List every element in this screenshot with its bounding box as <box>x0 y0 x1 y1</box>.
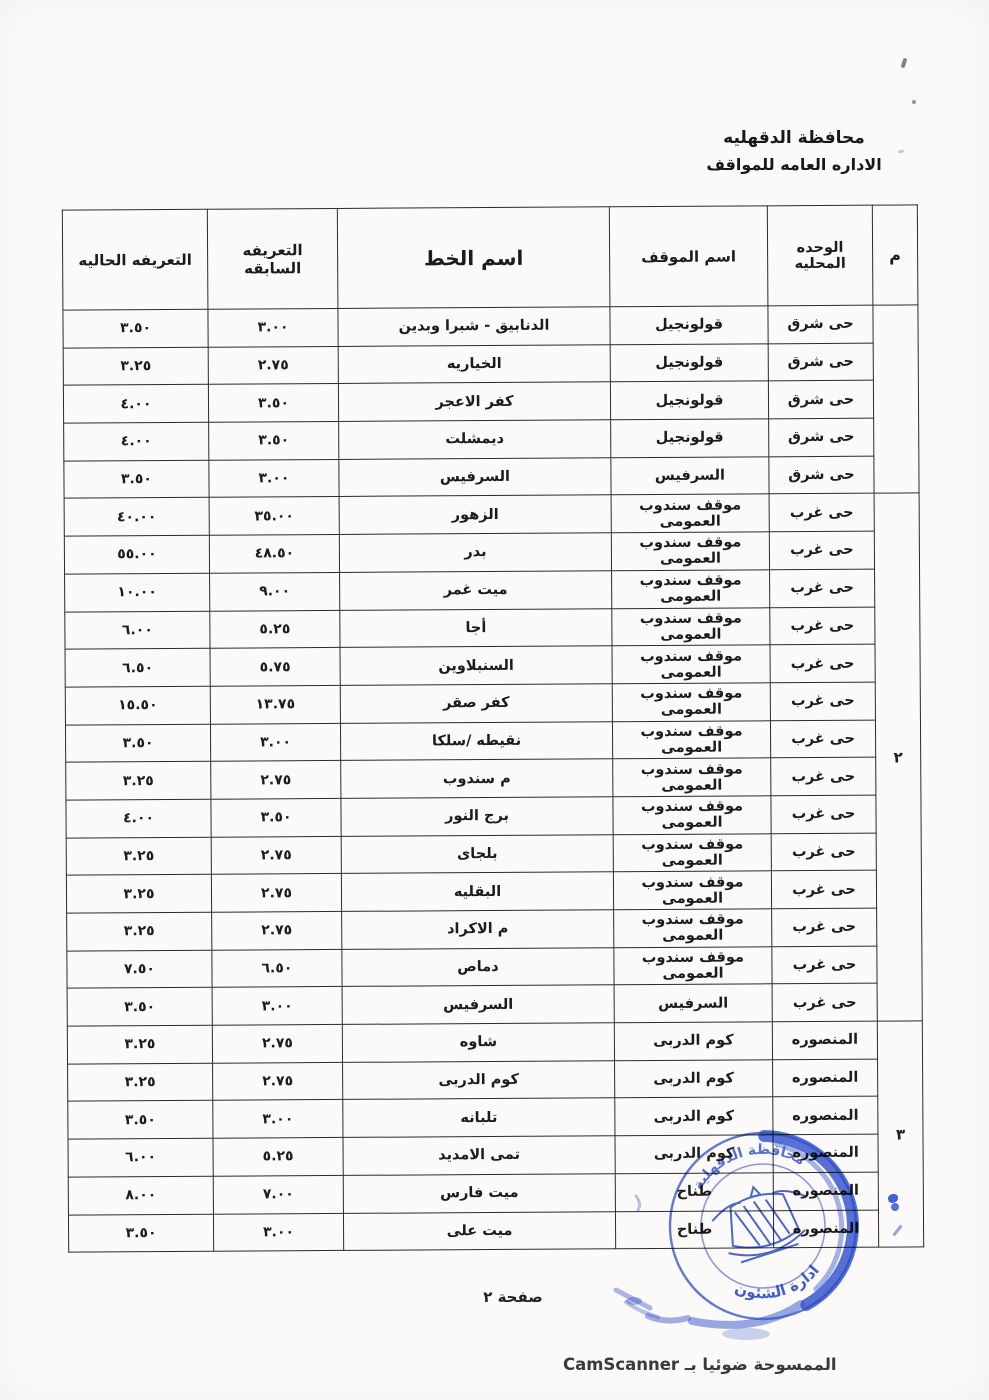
header-current-tariff: التعريفه الحاليه <box>62 209 208 310</box>
cell-line: برج النور <box>341 797 613 836</box>
page-number: صفحة ٢ <box>413 1288 613 1306</box>
cell-line: بدر <box>339 533 611 572</box>
cell-station: كوم الدربى <box>614 1022 772 1061</box>
cell-previous: ٧.٠٠ <box>213 1175 343 1213</box>
cell-previous: ٤٨.٥٠ <box>209 535 339 573</box>
cell-current: ٤.٠٠ <box>64 422 209 461</box>
section-index-cell <box>873 305 919 494</box>
cell-current: ٣.٥٠ <box>67 988 212 1027</box>
cell-line: الخياريه <box>338 344 610 383</box>
table-row: حى غربموقف سندوب العمومىبلجاى٢.٧٥٣.٢٥ <box>66 833 921 876</box>
cell-previous: ٢.٧٥ <box>211 836 341 874</box>
cell-local-unit: المنصوره <box>773 1134 878 1172</box>
cell-previous: ٣.٠٠ <box>208 308 338 346</box>
cell-local-unit: حى غرب <box>771 870 876 908</box>
cell-station: موقف سندوب العمومى <box>613 796 771 835</box>
cell-current: ٣.٥٠ <box>68 1101 213 1140</box>
camscanner-credit: الممسوحة ضوئيا بـ CamScanner <box>563 1355 983 1374</box>
cell-current: ٤٠.٠٠ <box>64 498 209 537</box>
header-local-unit: الوحده المحليه <box>767 205 873 306</box>
cell-previous: ٣.٠٠ <box>212 987 342 1025</box>
section-index-cell: ٢ <box>874 493 922 1021</box>
cell-station: موقف سندوب العمومى <box>611 494 769 533</box>
table-row: حى غربموقف سندوب العمومىم الاكراد٢.٧٥٣.٢… <box>67 908 922 951</box>
cell-line: تلبانه <box>343 1098 615 1137</box>
cell-line: م الاكراد <box>342 910 614 949</box>
governorate-title: محافظة الدقهليه <box>644 128 944 148</box>
cell-local-unit: حى غرب <box>772 946 877 984</box>
header-station-name: اسم الموقف <box>609 206 768 307</box>
table-row: حى غربموقف سندوب العمومىالسنبلاوين٥.٧٥٦.… <box>65 644 920 687</box>
cell-current: ٣.٢٥ <box>66 837 211 876</box>
cell-station: طناح <box>615 1210 773 1249</box>
table-row: حى شرققولونجيلكفر الاعجر٣.٥٠٤.٠٠ <box>63 380 918 423</box>
cell-station: موقف سندوب العمومى <box>611 532 769 571</box>
cell-line: كفر الاعجر <box>338 382 610 421</box>
table-row: حى غربموقف سندوب العمومىنقيطه /سلكا٣.٠٠٣… <box>65 719 920 762</box>
cell-previous: ٣.٠٠ <box>210 723 340 761</box>
cell-local-unit: حى غرب <box>769 494 874 532</box>
cell-local-unit: حى غرب <box>770 720 875 758</box>
cell-previous: ٣.٥٠ <box>209 421 339 459</box>
cell-current: ٣.٥٠ <box>63 309 208 348</box>
cell-line: دماص <box>342 947 614 986</box>
cell-current: ٤.٠٠ <box>66 799 211 838</box>
cell-previous: ٢.٧٥ <box>211 761 341 799</box>
cell-station: موقف سندوب العمومى <box>613 871 771 910</box>
cell-station: قولونجيل <box>610 306 768 345</box>
cell-station: موقف سندوب العمومى <box>613 758 771 797</box>
scanned-document-page: محافظة الدقهليه الاداره العامه للمواقف م… <box>0 0 989 1400</box>
cell-previous: ٣.٠٠ <box>213 1213 343 1251</box>
section-index-cell: ٣ <box>877 1021 923 1247</box>
cell-line: نقيطه /سلكا <box>340 721 612 760</box>
cell-line: بلجاى <box>341 834 613 873</box>
cell-previous: ٦.٥٠ <box>212 949 342 987</box>
cell-local-unit: حى شرق <box>768 343 873 381</box>
cell-previous: ٢.٧٥ <box>212 1024 342 1062</box>
table-row: حى غربموقف سندوب العمومىبدر٤٨.٥٠٥٥.٠٠ <box>64 531 919 574</box>
cell-current: ٨.٠٠ <box>68 1176 213 1215</box>
cell-line: كفر صقر <box>340 684 612 723</box>
cell-station: كوم الدربى <box>615 1097 773 1136</box>
tariff-table-header: م الوحده المحليه اسم الموقف اسم الخط الت… <box>62 205 918 310</box>
cell-current: ٥٥.٠٠ <box>64 535 209 574</box>
cell-current: ٣.٢٥ <box>67 1025 212 1064</box>
cell-local-unit: حى غرب <box>770 607 875 645</box>
table-row: حى غربموقف سندوب العمومىأجا٥.٢٥٦.٠٠ <box>65 606 920 649</box>
cell-local-unit: حى غرب <box>771 795 876 833</box>
cell-previous: ٣٥.٠٠ <box>209 497 339 535</box>
cell-previous: ٢.٧٥ <box>208 346 338 384</box>
cell-local-unit: المنصوره <box>773 1210 878 1248</box>
table-row: المنصورهكوم الدربىكوم الدربى٢.٧٥٣.٢٥ <box>68 1059 923 1102</box>
table-row: حى غربموقف سندوب العمومىبرج النور٣.٥٠٤.٠… <box>66 795 921 838</box>
cell-station: موقف سندوب العمومى <box>612 683 770 722</box>
cell-previous: ٥.٢٥ <box>213 1138 343 1176</box>
cell-previous: ٢.٧٥ <box>211 874 341 912</box>
cell-station: موقف سندوب العمومى <box>612 570 770 609</box>
cell-local-unit: حى غرب <box>771 757 876 795</box>
cell-line: ميت غمر <box>340 571 612 610</box>
table-row: حى شرقالسرفيسالسرفيس٣.٠٠٣.٥٠ <box>64 456 919 499</box>
cell-station: طناح <box>615 1173 773 1212</box>
cell-local-unit: حى شرق <box>768 381 873 419</box>
cell-current: ٧.٥٠ <box>67 950 212 989</box>
cell-line: ديمشلت <box>339 420 611 459</box>
cell-current: ٦.٠٠ <box>65 611 210 650</box>
table-row: حى غربموقف سندوب العمومىدماص٦.٥٠٧.٥٠ <box>67 946 922 989</box>
cell-line: السرفيس <box>339 458 611 497</box>
cell-station: كوم الدربى <box>615 1135 773 1174</box>
cell-local-unit: حى غرب <box>772 984 877 1022</box>
table-row: حى غربموقف سندوب العمومىكفر صقر١٣.٧٥١٥.٥… <box>65 682 920 725</box>
cell-current: ٦.٠٠ <box>68 1138 213 1177</box>
table-row: حى شرققولونجيلالخياريه٢.٧٥٣.٢٥ <box>63 343 918 386</box>
cell-local-unit: حى غرب <box>772 908 877 946</box>
cell-line: ميت على <box>343 1211 615 1250</box>
cell-line: ميت فارس <box>343 1174 615 1213</box>
cell-local-unit: حى غرب <box>771 833 876 871</box>
cell-station: موقف سندوب العمومى <box>614 946 772 985</box>
cell-current: ٣.٥٠ <box>64 460 209 499</box>
cell-station: قولونجيل <box>610 381 768 420</box>
ink-mark <box>891 1203 899 1211</box>
cell-current: ٣.٢٥ <box>68 1063 213 1102</box>
header-index: م <box>872 205 918 305</box>
scan-artifact-speck <box>912 100 916 104</box>
cell-station: السرفيس <box>611 457 769 496</box>
cell-previous: ٣.٥٠ <box>211 798 341 836</box>
cell-previous: ٥.٢٥ <box>210 610 340 648</box>
cell-line: أجا <box>340 608 612 647</box>
cell-line: الدنابيق - شبرا وبدين <box>338 307 610 346</box>
cell-station: قولونجيل <box>611 419 769 458</box>
cell-station: موقف سندوب العمومى <box>612 720 770 759</box>
cell-previous: ٣.٠٠ <box>213 1100 343 1138</box>
table-row: حى غربموقف سندوب العمومىم سندوب٢.٧٥٣.٢٥ <box>66 757 921 800</box>
table-row: ٢حى غربموقف سندوب العمومىالزهور٣٥.٠٠٤٠.٠… <box>64 493 919 536</box>
tariff-table: م الوحده المحليه اسم الموقف اسم الخط الت… <box>62 204 924 1252</box>
cell-station: موقف سندوب العمومى <box>612 645 770 684</box>
cell-local-unit: المنصوره <box>772 1021 877 1059</box>
cell-line: كوم الدربى <box>343 1061 615 1100</box>
cell-current: ٣.٥٠ <box>65 724 210 763</box>
cell-current: ١٥.٥٠ <box>65 686 210 725</box>
table-row: المنصورهطناحميت على٣.٠٠٣.٥٠ <box>68 1209 923 1252</box>
cell-current: ١٠.٠٠ <box>65 573 210 612</box>
cell-local-unit: حى شرق <box>769 456 874 494</box>
table-row: حى شرققولونجيلالدنابيق - شبرا وبدين٣.٠٠٣… <box>63 305 918 348</box>
cell-previous: ٣.٥٠ <box>208 384 338 422</box>
cell-line: م سندوب <box>341 759 613 798</box>
cell-line: الزهور <box>339 495 611 534</box>
cell-line: تمى الامديد <box>343 1136 615 1175</box>
cell-local-unit: حى شرق <box>768 305 873 343</box>
cell-local-unit: المنصوره <box>773 1097 878 1135</box>
tariff-table-body: حى شرققولونجيلالدنابيق - شبرا وبدين٣.٠٠٣… <box>63 305 924 1252</box>
cell-previous: ٩.٠٠ <box>210 572 340 610</box>
cell-station: موقف سندوب العمومى <box>612 607 770 646</box>
administration-subtitle: الاداره العامه للمواقف <box>644 155 944 174</box>
scan-artifact-speck <box>901 58 908 69</box>
cell-line: السرفيس <box>342 985 614 1024</box>
cell-previous: ١٣.٧٥ <box>210 685 340 723</box>
header-line-name: اسم الخط <box>337 207 610 309</box>
cell-current: ٣.٢٥ <box>66 875 211 914</box>
cell-previous: ٢.٧٥ <box>213 1062 343 1100</box>
stamp-bottom-text: ادارة الشئون <box>729 1259 827 1312</box>
cell-local-unit: المنصوره <box>773 1059 878 1097</box>
cell-station: السرفيس <box>614 984 772 1023</box>
table-row: المنصورهكوم الدربىتلبانه٣.٠٠٣.٥٠ <box>68 1096 923 1139</box>
tariff-table-container: م الوحده المحليه اسم الموقف اسم الخط الت… <box>62 204 924 1252</box>
cell-local-unit: حى غرب <box>770 682 875 720</box>
cell-local-unit: حى غرب <box>770 644 875 682</box>
cell-line: السنبلاوين <box>340 646 612 685</box>
cell-station: قولونجيل <box>610 343 768 382</box>
cell-current: ٣.٢٥ <box>67 912 212 951</box>
table-row: ٣المنصورهكوم الدربىشاوه٢.٧٥٣.٢٥ <box>67 1021 922 1064</box>
cell-local-unit: حى غرب <box>770 569 875 607</box>
table-row: حى شرققولونجيلديمشلت٣.٥٠٤.٠٠ <box>64 418 919 461</box>
cell-previous: ٥.٧٥ <box>210 648 340 686</box>
cell-current: ٣.٥٠ <box>68 1214 213 1253</box>
cell-station: كوم الدربى <box>615 1060 773 1099</box>
cell-station: موقف سندوب العمومى <box>613 833 771 872</box>
cell-local-unit: المنصوره <box>773 1172 878 1210</box>
table-row: المنصورهكوم الدربىتمى الامديد٥.٢٥٦.٠٠ <box>68 1134 923 1177</box>
cell-local-unit: حى شرق <box>769 418 874 456</box>
header-previous-tariff: التعريفه السابقه <box>207 208 338 309</box>
cell-previous: ٢.٧٥ <box>212 911 342 949</box>
table-row: حى غربموقف سندوب العمومىالبقليه٢.٧٥٣.٢٥ <box>66 870 921 913</box>
header-row: م الوحده المحليه اسم الموقف اسم الخط الت… <box>62 205 918 310</box>
cell-local-unit: حى غرب <box>769 531 874 569</box>
cell-line: البقليه <box>341 872 613 911</box>
cell-current: ٤.٠٠ <box>63 385 208 424</box>
cell-current: ٣.٢٥ <box>66 761 211 800</box>
cell-station: موقف سندوب العمومى <box>614 909 772 948</box>
cell-current: ٦.٥٠ <box>65 648 210 687</box>
table-row: حى غربالسرفيسالسرفيس٣.٠٠٣.٥٠ <box>67 983 922 1026</box>
cell-previous: ٣.٠٠ <box>209 459 339 497</box>
table-row: المنصورهطناحميت فارس٧.٠٠٨.٠٠ <box>68 1172 923 1215</box>
cell-current: ٣.٢٥ <box>63 347 208 386</box>
table-row: حى غربموقف سندوب العمومىميت غمر٩.٠٠١٠.٠٠ <box>65 569 920 612</box>
cell-line: شاوه <box>342 1023 614 1062</box>
